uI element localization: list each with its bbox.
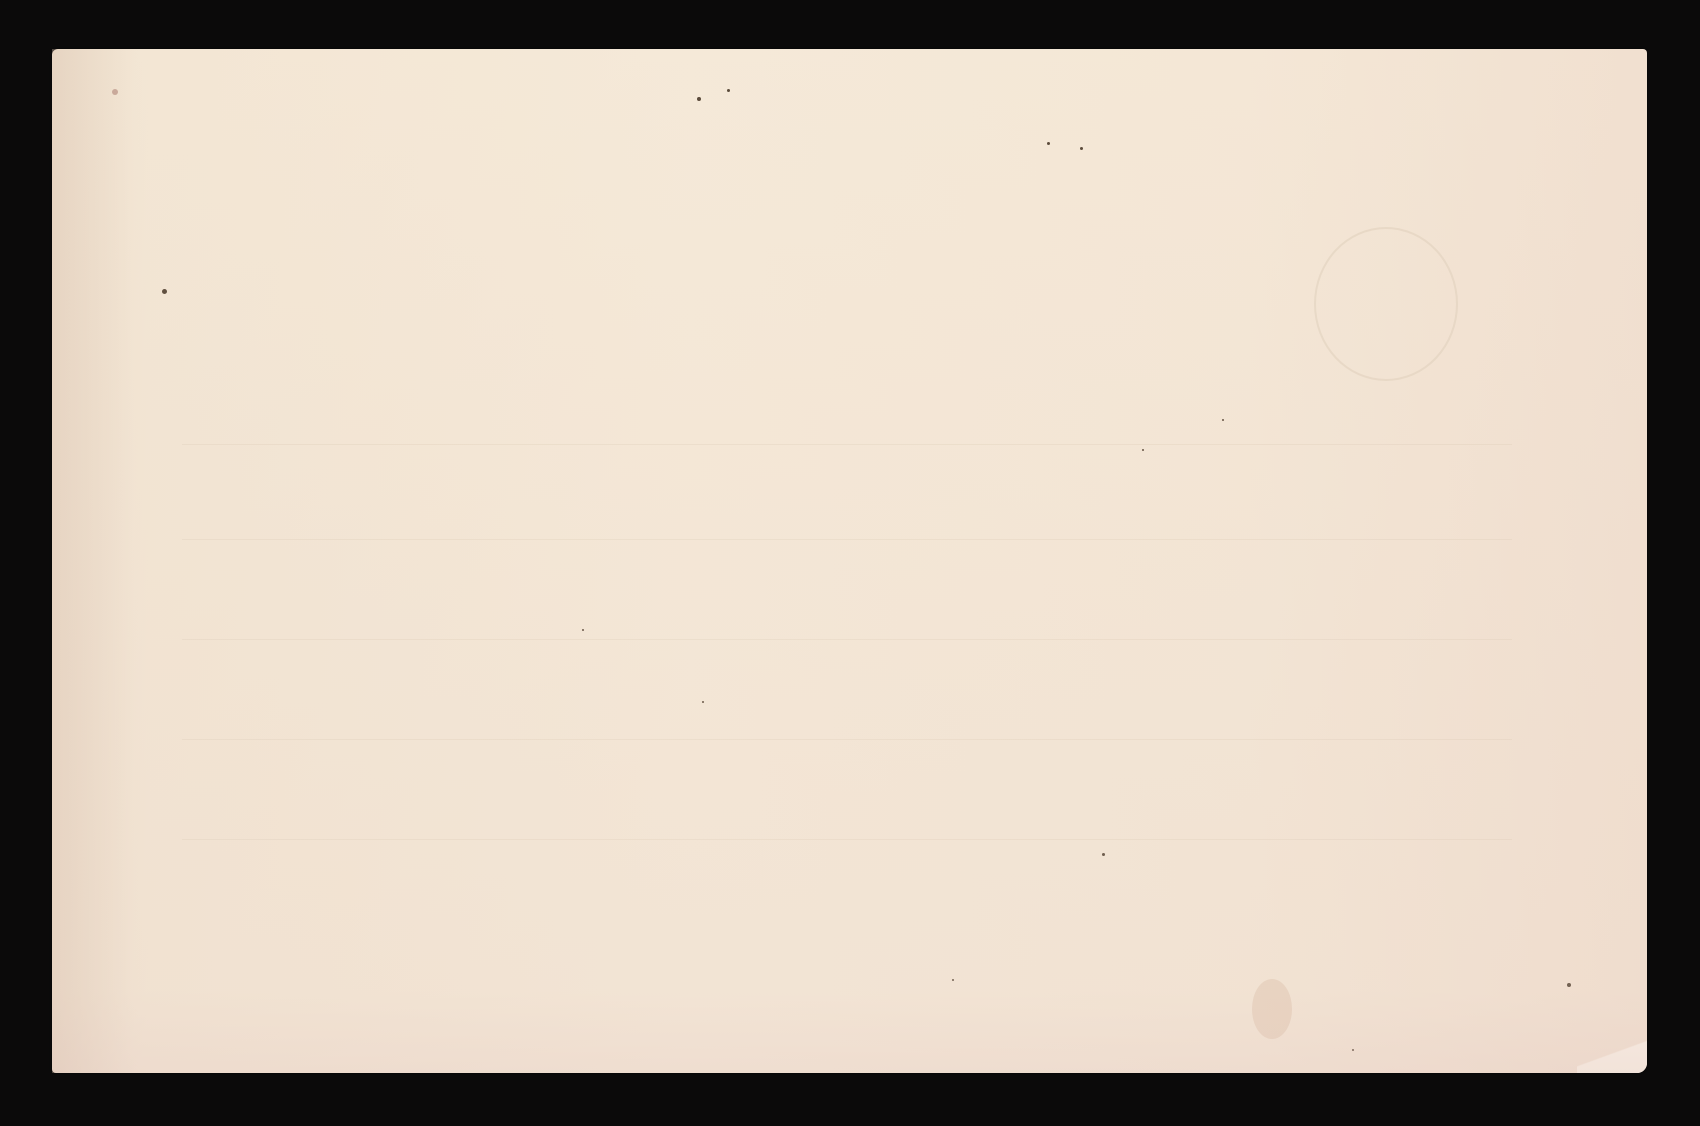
faint-rule	[182, 639, 1512, 640]
faint-rule	[182, 739, 1512, 740]
foxing-speck	[952, 979, 954, 981]
foxing-speck	[112, 89, 118, 95]
foxing-speck	[727, 89, 730, 92]
foxing-speck	[1080, 147, 1083, 150]
stain	[1252, 979, 1292, 1039]
foxing-speck	[697, 97, 701, 101]
foxing-speck	[1567, 983, 1571, 987]
foxing-speck	[1222, 419, 1224, 421]
faint-rule	[182, 444, 1512, 445]
foxing-speck	[702, 701, 704, 703]
foxing-speck	[1142, 449, 1144, 451]
foxing-speck	[582, 629, 584, 631]
folded-corner	[1577, 1033, 1647, 1073]
foxing-speck	[1102, 853, 1105, 856]
foxing-speck	[1047, 142, 1050, 145]
faint-rule	[182, 839, 1512, 840]
foxing-speck	[1352, 1049, 1354, 1051]
edge-toning	[52, 49, 134, 1073]
postcard	[52, 49, 1647, 1073]
foxing-speck	[162, 289, 167, 294]
postmark-impression	[1314, 227, 1458, 381]
faint-rule	[182, 539, 1512, 540]
